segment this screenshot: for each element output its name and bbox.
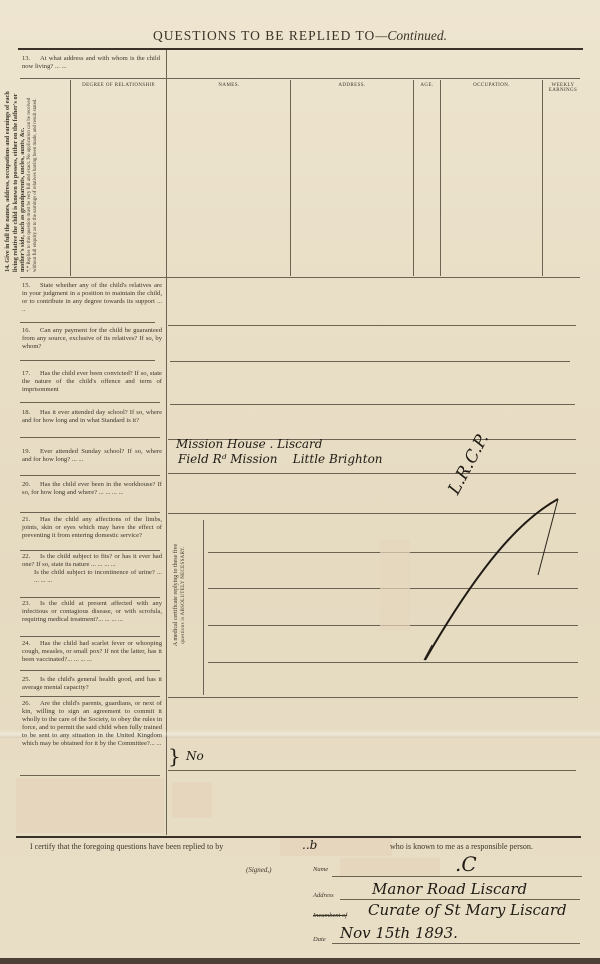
question-15: 15.State whether any of the child's rela…: [22, 282, 162, 314]
row-rule: [20, 775, 160, 776]
col-header-address: ADDRESS.: [291, 83, 413, 88]
answer-19-line1: Mission House . Liscard: [176, 437, 322, 451]
row-rule: [20, 402, 160, 403]
name-line: [332, 876, 582, 877]
col-rule: [542, 80, 543, 276]
name-value: .C: [455, 852, 477, 876]
col-rule: [290, 80, 291, 276]
replied-by-value: ..b: [302, 838, 317, 852]
form-page: QUESTIONS TO BE REPLIED TO—Continued. 13…: [0, 0, 600, 964]
question-23: 23.Is the child at present affected with…: [22, 600, 162, 624]
question-19: 19.Ever attended Sunday school? If so, w…: [22, 448, 162, 464]
address-value: Manor Road Liscard: [372, 880, 527, 898]
col-rule: [440, 80, 441, 276]
question-16: 16.Can any payment for the child be guar…: [22, 327, 162, 351]
answer-line: [168, 325, 576, 326]
col-rule: [413, 80, 414, 276]
office-value: Curate of St Mary Liscard: [368, 901, 567, 919]
row-rule: [20, 475, 160, 476]
question-26: 26.Are the child's parents, guardians, o…: [22, 700, 162, 748]
q14-rule: [20, 277, 580, 278]
address-line: [340, 899, 580, 900]
question-21: 21.Has the child any affections of the l…: [22, 516, 162, 540]
page-title: QUESTIONS TO BE REPLIED TO—Continued.: [0, 28, 600, 44]
answer-line: [170, 361, 570, 362]
date-value: Nov 15th 1893.: [340, 924, 458, 942]
redacted-area: [280, 838, 392, 856]
certification-statement: I certify that the foregoing questions h…: [30, 842, 223, 851]
certification-statement-end: who is known to me as a responsible pers…: [390, 842, 533, 851]
redacted-area: [380, 540, 410, 630]
address-label: Address: [313, 892, 334, 899]
question-18: 18.Has it ever attended day school? If s…: [22, 409, 162, 425]
signed-label: (Signed,): [246, 866, 271, 874]
question-17: 17.Has the child ever been convicted? If…: [22, 370, 162, 394]
col-header-relationship: DEGREE OF RELATIONSHIP.: [72, 83, 166, 88]
answer-26: No: [186, 749, 204, 763]
redacted-area: [172, 782, 212, 818]
question-24: 24.Has the child had scarlet fever or wh…: [22, 640, 162, 664]
column-divider: [166, 50, 167, 835]
row-rule: [20, 670, 160, 671]
row-rule: [20, 636, 160, 637]
name-label: Name: [313, 866, 328, 873]
answer-19-line2: Field Rᵈ Mission Little Brighton: [178, 452, 383, 466]
row-rule: [20, 597, 160, 598]
row-rule: [20, 322, 155, 323]
pen-stroke: [410, 495, 560, 665]
date-line: [332, 943, 580, 944]
page-edge: [0, 958, 600, 964]
title-rule: [18, 48, 583, 50]
answer-line: [170, 404, 575, 405]
redacted-area: [16, 778, 164, 833]
row-rule: [20, 696, 160, 697]
redacted-area: [340, 858, 440, 876]
row-rule: [20, 437, 160, 438]
medical-note: A medical certificate replying to these …: [172, 690, 362, 706]
answer-line: [168, 770, 576, 771]
question-20: 20.Has the child ever been in the workho…: [22, 481, 162, 497]
question-25: 25.Is the child's general health good, a…: [22, 676, 162, 692]
row-rule: [20, 512, 160, 513]
row-rule: [20, 360, 155, 361]
q14-left-rule: [70, 80, 71, 276]
brace-icon: }: [168, 744, 181, 768]
question-13: 13.At what address and with whom is the …: [22, 55, 160, 71]
col-header-occupation: OCCUPATION.: [441, 83, 542, 88]
date-label: Date: [313, 936, 326, 943]
medical-mark: L.R.C.P.: [444, 430, 493, 498]
question-22: 22.Is the child subject to fits? or has …: [22, 553, 162, 585]
q13-rule: [20, 78, 580, 79]
col-header-weekly-earnings: WEEKLY EARNINGS: [543, 83, 583, 93]
row-rule: [20, 550, 160, 551]
answer-line: [168, 473, 576, 474]
medical-divider: [203, 520, 204, 695]
col-header-age: AGE.: [414, 83, 440, 88]
col-header-names: NAMES.: [168, 83, 290, 88]
answer-line: [168, 697, 578, 698]
office-label: Incumbent of: [313, 912, 347, 919]
